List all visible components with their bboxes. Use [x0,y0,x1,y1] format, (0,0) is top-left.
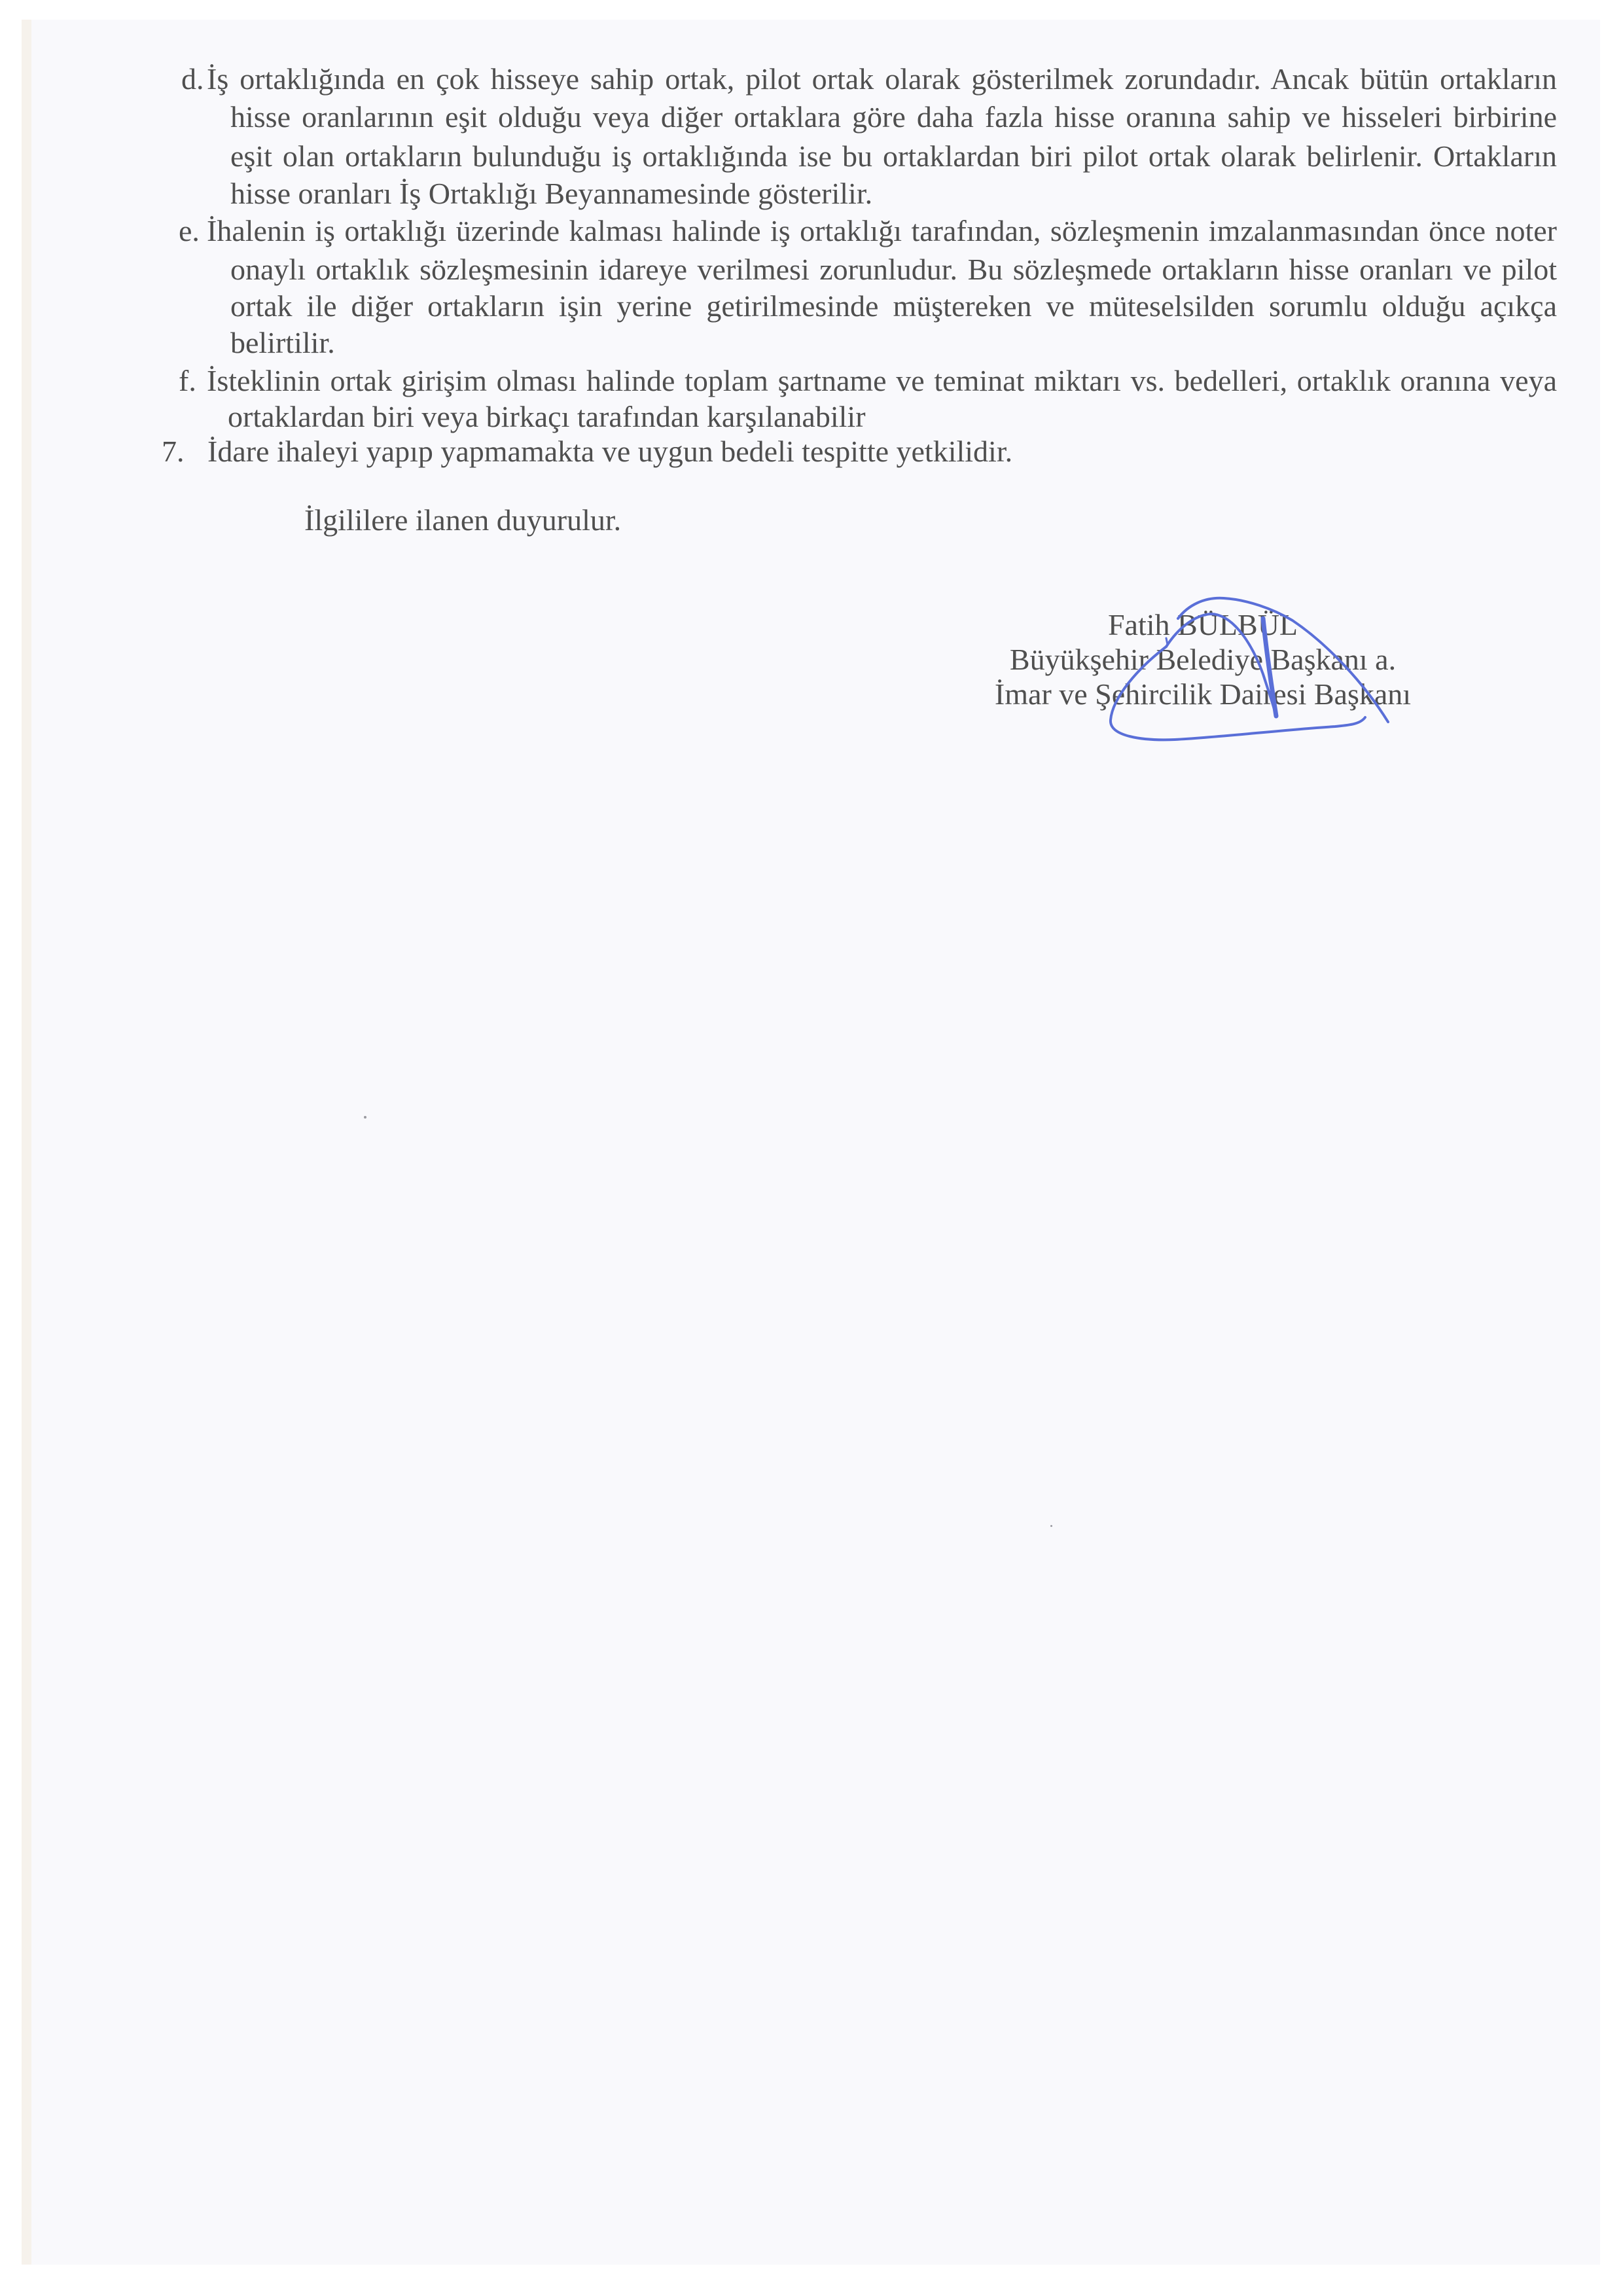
paragraph-line: hisse oranlarının eşit olduğu veya diğer… [230,102,1557,132]
scan-speck [1050,1525,1052,1527]
paragraph-line: İş ortaklığında en çok hisseye sahip ort… [207,64,1557,94]
item-marker: f. [179,366,196,396]
paragraph-line: hisse oranları İş Ortaklığı Beyannamesin… [230,179,872,209]
paragraph-line: onaylı ortaklık sözleşmesinin idareye ve… [230,255,1557,285]
signatory-title-2: İmar ve Şehircilik Dairesi Başkanı [908,679,1497,709]
paragraph-line: ortak ile diğer ortakların işin yerine g… [230,291,1557,321]
paragraph-line: ortaklardan biri veya birkaçı tarafından… [228,402,866,432]
paragraph-line: İhalenin iş ortaklığı üzerinde kalması h… [207,216,1557,246]
item-marker: d. [181,64,204,94]
paragraph-line: İsteklinin ortak girişim olması halinde … [207,366,1557,396]
paragraph-line: İdare ihaleyi yapıp yapmamakta ve uygun … [207,437,1012,467]
paragraph-line: eşit olan ortakların bulunduğu iş ortakl… [230,141,1557,171]
paragraph-line: belirtilir. [230,328,335,358]
item-marker: 7. [162,437,185,467]
signatory-name: Fatih BÜLBÜL [908,610,1497,640]
scan-edge [22,20,31,2265]
closing-statement: İlgililere ilanen duyurulur. [304,505,621,535]
signatory-title-1: Büyükşehir Belediye Başkanı a. [908,645,1497,675]
scan-speck [364,1116,366,1119]
item-marker: e. [179,216,200,246]
